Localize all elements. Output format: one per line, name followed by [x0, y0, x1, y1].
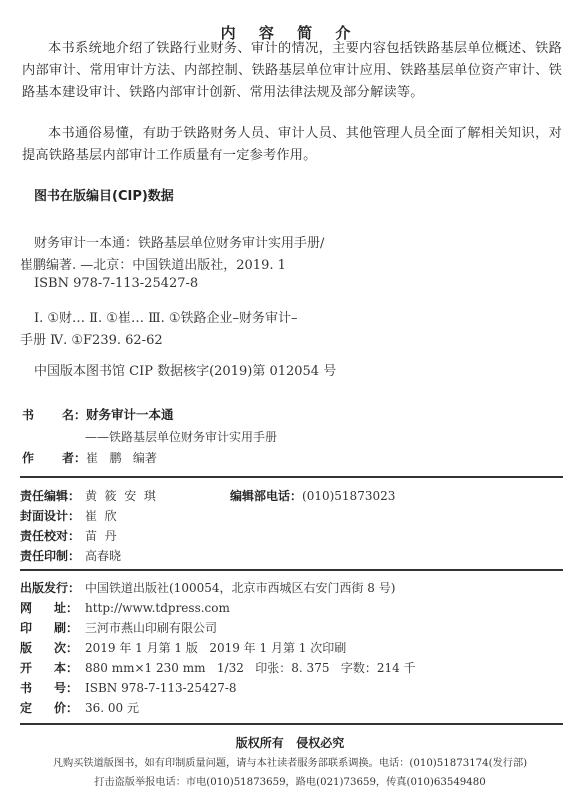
- price-row: 定价：36. 00 元: [20, 699, 139, 716]
- editor: 黄 筱 安 琪: [85, 487, 230, 504]
- publisher: 中国铁道出版社(100054，北京市西城区右安门西街 8 号): [85, 581, 395, 595]
- printer-label-b: 刷：: [54, 619, 78, 636]
- proof-row: 责任校对：苗 丹: [20, 527, 117, 544]
- book-subtitle: ——铁路基层单位财务审计实用手册: [85, 428, 277, 445]
- phone-label: 编辑部电话：: [230, 489, 302, 503]
- website-row: 网址：http://www.tdpress.com: [20, 599, 230, 616]
- format: 880 mm×1 230 mm 1/32 印张：8. 375 字数：214 千: [85, 661, 416, 675]
- editorial-phone: (010)51873023: [302, 489, 395, 503]
- cip-line-1: 财务审计一本通：铁路基层单位财务审计实用手册/: [34, 232, 324, 251]
- divider-1: [20, 476, 563, 478]
- author-label-b: 者：: [62, 451, 86, 465]
- edition-row: 版次：2019 年 1 月第 1 版 2019 年 1 月第 1 次印刷: [20, 639, 346, 656]
- divider-2: [20, 569, 563, 571]
- isbn-row: 书号：ISBN 978-7-113-25427-8: [20, 679, 237, 696]
- book-author-row: 作者：崔 鹏 编著: [22, 449, 157, 466]
- author-label-a: 作: [22, 449, 62, 466]
- publisher-label: 出版发行：: [20, 579, 85, 596]
- publisher-row: 出版发行：中国铁道出版社(100054，北京市西城区右安门西街 8 号): [20, 579, 395, 596]
- isbn-label-a: 书: [20, 679, 32, 696]
- cip-heading: 图书在版编目(CIP)数据: [34, 185, 174, 204]
- anti-piracy-hotline: 打击盗版举报电话：市电(010)51873659，路电(021)73659，传真…: [0, 773, 580, 788]
- price: 36. 00 元: [85, 701, 139, 715]
- cip-record-number: 中国版本图书馆 CIP 数据核字(2019)第 012054 号: [34, 360, 336, 379]
- print-manager: 高春晓: [85, 549, 121, 563]
- format-label-b: 本：: [54, 659, 78, 676]
- printer-label-a: 印: [20, 619, 32, 636]
- format-row: 开本：880 mm×1 230 mm 1/32 印张：8. 375 字数：214…: [20, 659, 416, 676]
- price-label-a: 定: [20, 699, 32, 716]
- price-label-b: 价：: [54, 699, 78, 716]
- print-manager-label: 责任印制：: [20, 547, 85, 564]
- printer: 三河市燕山印刷有限公司: [85, 621, 217, 635]
- book-title-label-a: 书: [22, 406, 62, 423]
- cover-label: 封面设计：: [20, 507, 85, 524]
- edition: 2019 年 1 月第 1 版 2019 年 1 月第 1 次印刷: [85, 641, 346, 655]
- intro-paragraph-1: 本书系统地介绍了铁路行业财务、审计的情况，主要内容包括铁路基层单位概述、铁路内部…: [22, 38, 562, 104]
- isbn: ISBN 978-7-113-25427-8: [85, 681, 237, 695]
- cip-classification-2: 手册 Ⅳ. ①F239. 62-62: [20, 329, 163, 348]
- copyright-title: 版权所有 侵权必究: [0, 734, 580, 751]
- cip-isbn: ISBN 978-7-113-25427-8: [34, 276, 198, 291]
- intro-paragraph-2: 本书通俗易懂，有助于铁路财务人员、审计人员、其他管理人员全面了解相关知识，对提高…: [22, 123, 562, 167]
- website-label-b: 址：: [54, 599, 78, 616]
- format-label-a: 开: [20, 659, 32, 676]
- cover-row: 封面设计：崔 欣: [20, 507, 117, 524]
- cip-classification-1: Ⅰ. ①财… Ⅱ. ①崔… Ⅲ. ①铁路企业–财务审计–: [34, 307, 298, 326]
- print-manager-row: 责任印制：高春晓: [20, 547, 121, 564]
- divider-3: [20, 723, 563, 725]
- website-link[interactable]: http://www.tdpress.com: [85, 601, 230, 615]
- copyright-notice: 凡购买铁道版图书，如有印制质量问题，请与本社读者服务部联系调换。电话：(010)…: [0, 754, 580, 769]
- book-title-row: 书名：财务审计一本通: [22, 405, 174, 423]
- printer-row: 印刷：三河市燕山印刷有限公司: [20, 619, 217, 636]
- website-label-a: 网: [20, 599, 32, 616]
- edition-label-a: 版: [20, 639, 32, 656]
- isbn-label-b: 号：: [54, 679, 78, 696]
- book-title-label-b: 名：: [62, 408, 86, 422]
- edition-label-b: 次：: [54, 639, 78, 656]
- cover-designer: 崔 欣: [85, 509, 117, 523]
- author: 崔 鹏 编著: [86, 451, 157, 465]
- proof-label: 责任校对：: [20, 527, 85, 544]
- proofreader: 苗 丹: [85, 529, 117, 543]
- book-title: 财务审计一本通: [86, 407, 174, 422]
- cip-line-2: 崔鹏编著. —北京：中国铁道出版社，2019. 1: [20, 254, 286, 273]
- editor-row: 责任编辑：黄 筱 安 琪编辑部电话：(010)51873023: [20, 487, 395, 504]
- editor-label: 责任编辑：: [20, 487, 85, 504]
